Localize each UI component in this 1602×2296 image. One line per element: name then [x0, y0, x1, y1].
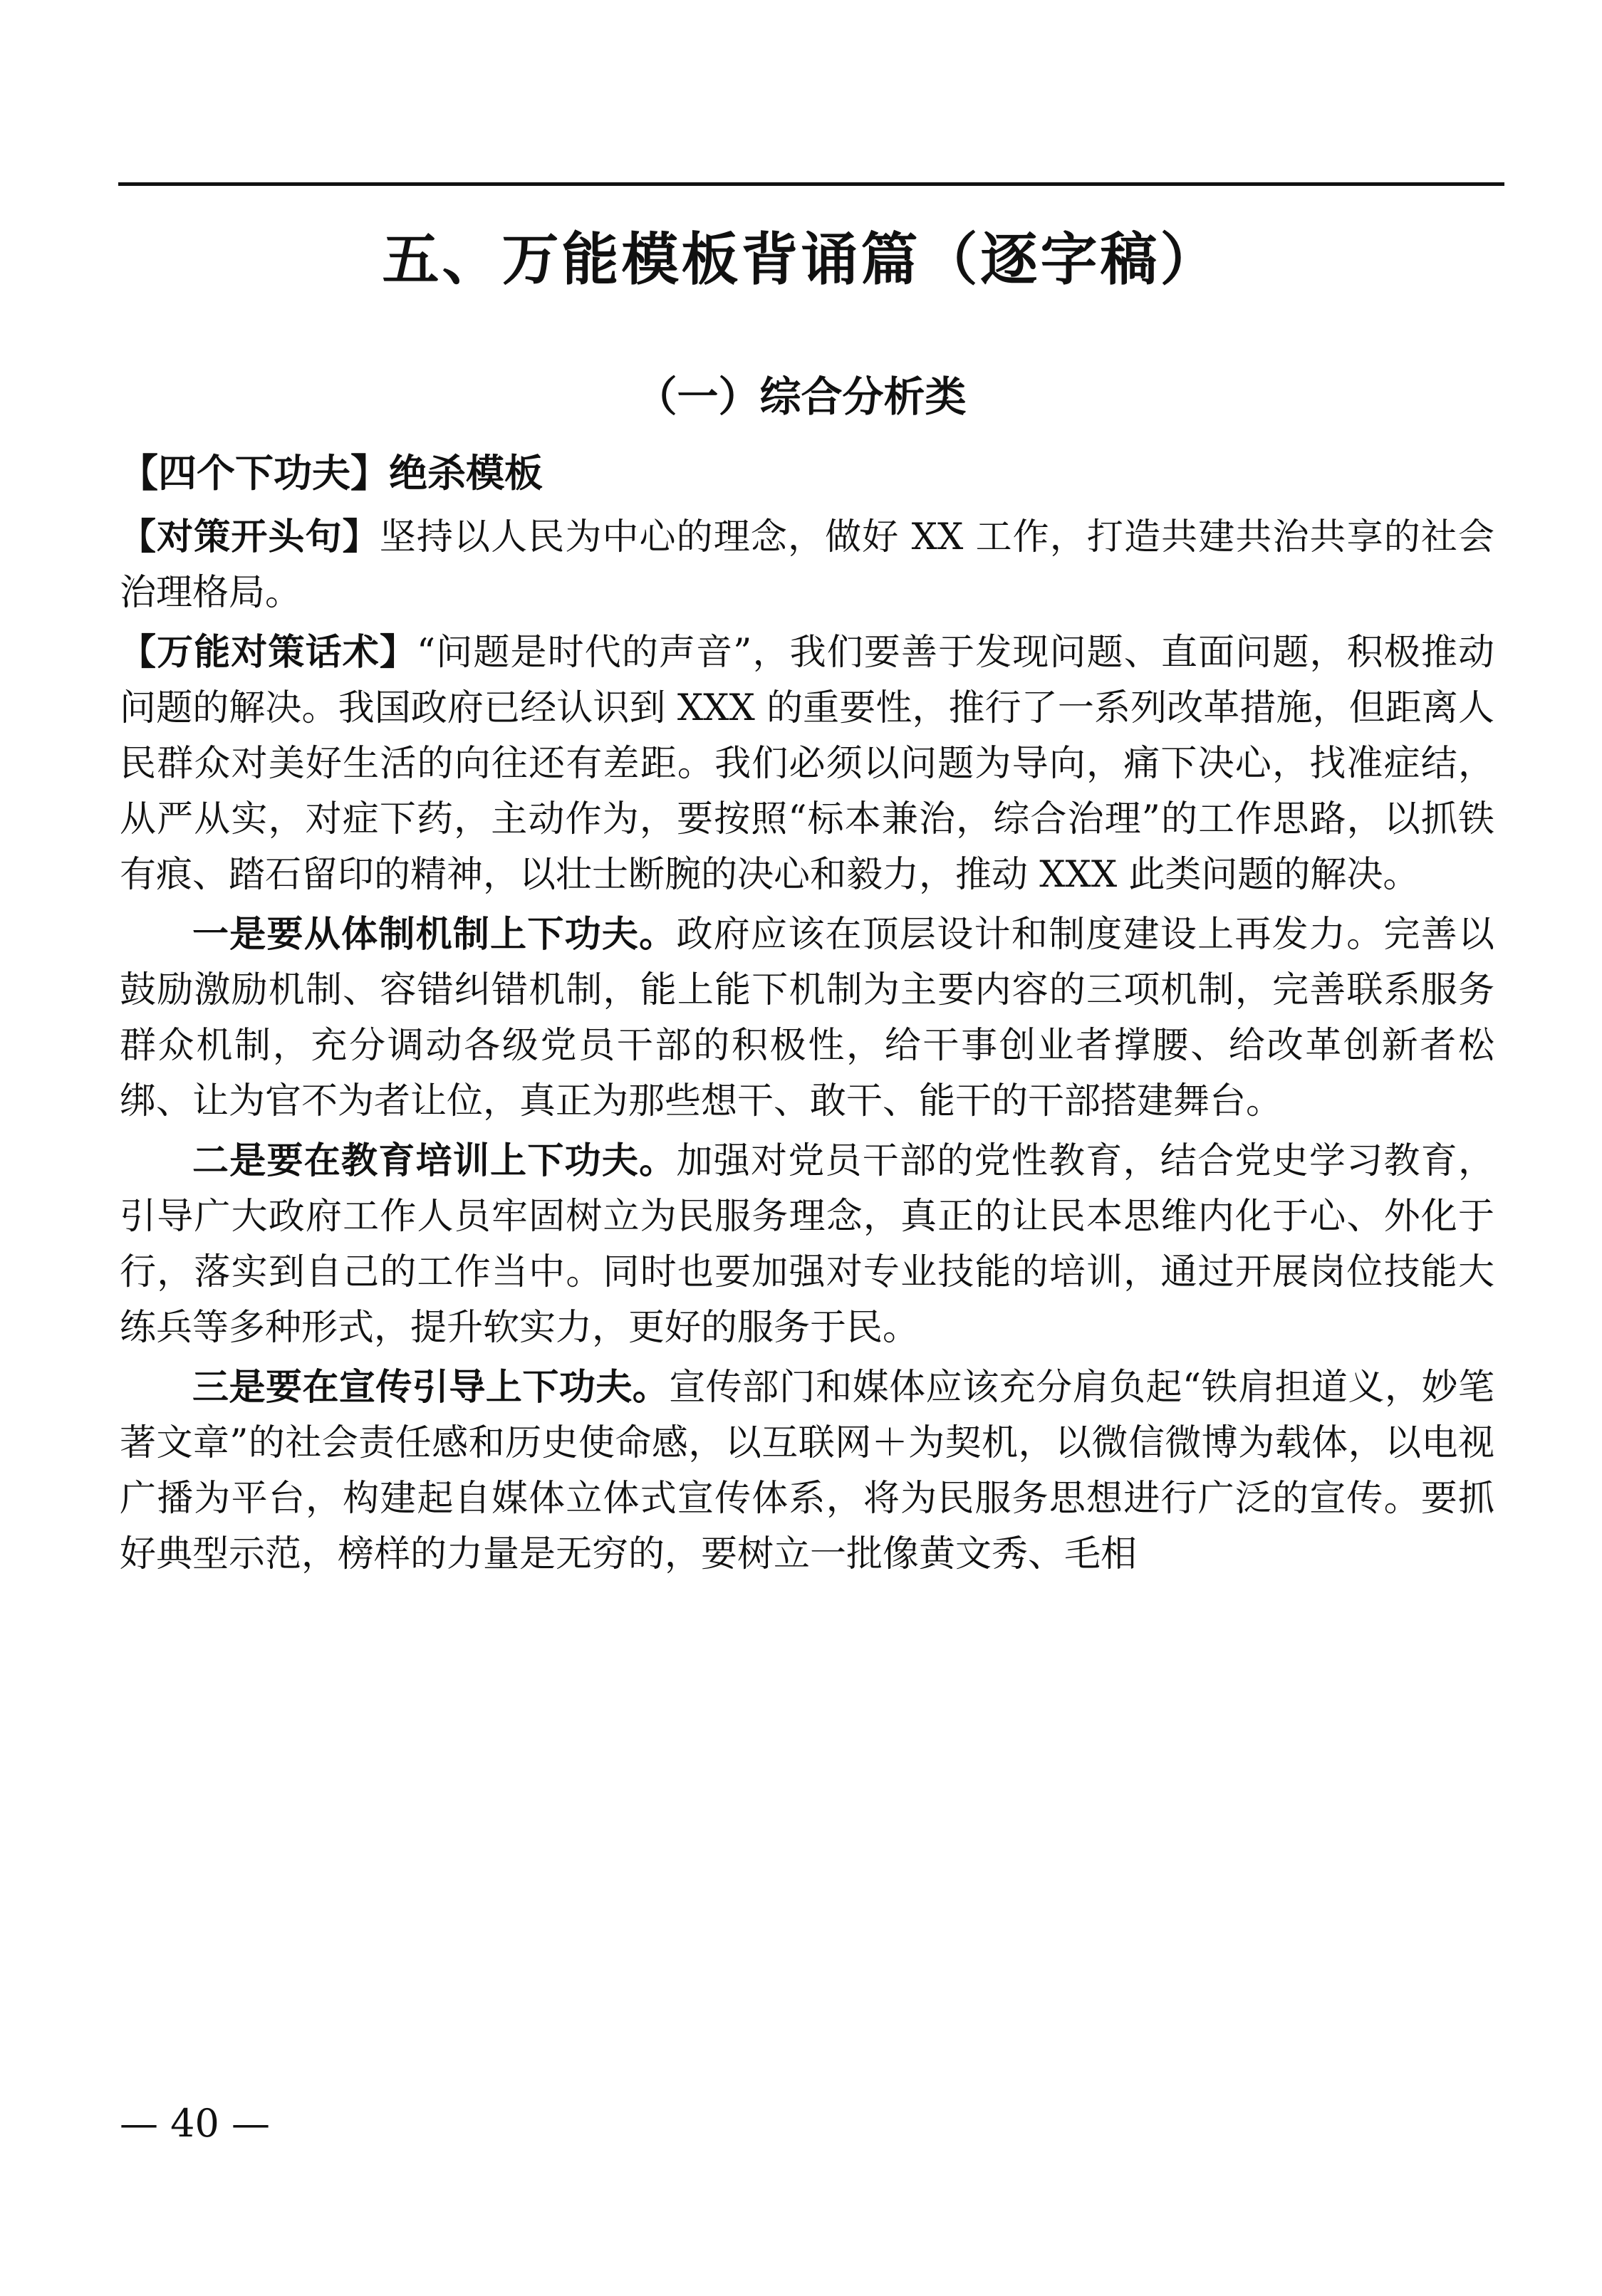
- document-body: 【四个下功夫】绝杀模板 【对策开头句】坚持以人民为中心的理念，做好 XX 工作，…: [120, 442, 1494, 1587]
- universal-paragraph: 【万能对策话术】“问题是时代的声音”，我们要善于发现问题、直面问题，积极推动问题…: [120, 625, 1494, 903]
- page-number: — 40 —: [120, 2101, 270, 2146]
- universal-tag: 【万能对策话术】: [120, 632, 417, 674]
- page-title: 五、万能模板背诵篇（逐字稿）: [0, 214, 1602, 296]
- point-lead-3: 三是要在宣传引导上下功夫。: [192, 1367, 669, 1409]
- point-paragraph-1: 一是要从体制机制上下功夫。政府应该在顶层设计和制度建设上再发力。完善以鼓励激励机…: [120, 907, 1494, 1129]
- point-lead-1: 一是要从体制机制上下功夫。: [192, 914, 676, 956]
- header-rule: [118, 182, 1504, 186]
- point-lead-2: 二是要在教育培训上下功夫。: [192, 1140, 676, 1182]
- point-paragraph-2: 二是要在教育培训上下功夫。加强对党员干部的党性教育，结合党史学习教育，引导广大政…: [120, 1134, 1494, 1356]
- section-heading: 【四个下功夫】绝杀模板: [120, 442, 1494, 506]
- point-paragraph-3: 三是要在宣传引导上下功夫。宣传部门和媒体应该充分肩负起“铁肩担道义，妙笔著文章”…: [120, 1360, 1494, 1582]
- opening-tag: 【对策开头句】: [120, 516, 380, 558]
- opening-paragraph: 【对策开头句】坚持以人民为中心的理念，做好 XX 工作，打造共建共治共享的社会治…: [120, 510, 1494, 621]
- section-subtitle: （一）综合分析类: [0, 363, 1602, 423]
